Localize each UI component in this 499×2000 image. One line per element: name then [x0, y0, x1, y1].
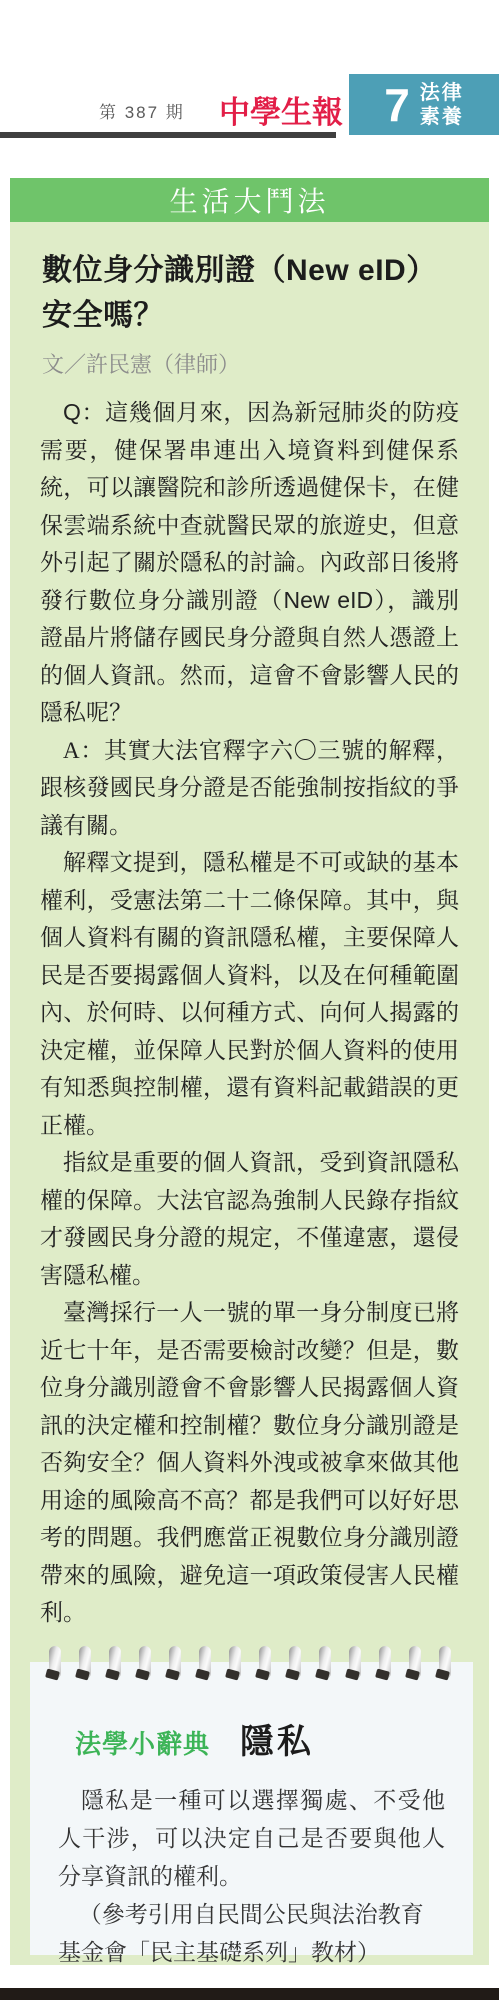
binder-ring-icon: [229, 1646, 241, 1679]
binder-ring-icon: [319, 1646, 331, 1679]
binder-ring-icon: [289, 1646, 301, 1679]
binder-ring-icon: [199, 1646, 211, 1679]
glossary-term: 隱私: [240, 1714, 314, 1763]
article-paragraph: 臺灣採行一人一號的單一身分制度已將近七十年，是否需要檢討改變？但是，數位身分識別…: [40, 1294, 459, 1632]
glossary-label: 法學小辭典: [75, 1724, 210, 1761]
section-page-badge: 7 法律 素養: [349, 74, 499, 135]
issue-number: 第 387 期: [99, 98, 185, 123]
section-name-line2: 素養: [420, 106, 464, 128]
binder-ring-icon: [139, 1646, 151, 1679]
binder-rings: [49, 1646, 451, 1679]
binder-ring-icon: [409, 1646, 421, 1679]
binder-ring-icon: [439, 1646, 451, 1679]
header-divider: [0, 132, 336, 138]
glossary-definition: 隱私是一種可以選擇獨處、不受他人干涉，可以決定自己是否要與他人分享資訊的權利。: [58, 1781, 445, 1895]
article: 數位身分識別證（New eID）安全嗎？ 文／許民憲（律師） Q：這幾個月來，因…: [10, 222, 489, 1632]
binder-ring-icon: [349, 1646, 361, 1679]
article-paragraph-question: Q：這幾個月來，因為新冠肺炎的防疫需要，健保署串連出入境資料到健保系統，可以讓醫…: [40, 394, 459, 732]
binder-ring-icon: [259, 1646, 271, 1679]
binder-ring-icon: [49, 1646, 61, 1679]
section-name-line1: 法律: [420, 82, 464, 104]
page-number: 7: [384, 82, 410, 128]
column-banner: 生活大鬥法: [10, 178, 489, 222]
article-byline: 文／許民憲（律師）: [42, 352, 459, 378]
page-bottom-bar: [0, 1988, 499, 2000]
article-paragraph: 解釋文提到，隱私權是不可或缺的基本權利，受憲法第二十二條保障。其中，與個人資料有…: [40, 844, 459, 1144]
glossary-attribution: （參考引用自民間公民與法治教育基金會「民主基礎系列」教材）: [58, 1895, 445, 1971]
binder-ring-icon: [109, 1646, 121, 1679]
glossary-card: 法學小辭典 隱私 隱私是一種可以選擇獨處、不受他人干涉，可以決定自己是否要與他人…: [30, 1662, 473, 1955]
binder-ring-icon: [79, 1646, 91, 1679]
article-title: 數位身分識別證（New eID）安全嗎？: [42, 248, 459, 338]
masthead-logo: 中學生報: [219, 87, 343, 132]
article-paragraph-answer: A：其實大法官釋字六〇三號的解釋，跟核發國民身分證是否能強制按指紋的爭議有關。: [40, 732, 459, 845]
section-name: 法律 素養: [420, 81, 464, 129]
binder-ring-icon: [379, 1646, 391, 1679]
binder-ring-icon: [169, 1646, 181, 1679]
article-paragraph: 指紋是重要的個人資訊，受到資訊隱私權的保障。大法官認為強制人民錄存指紋才發國民身…: [40, 1144, 459, 1294]
newspaper-page: 第 387 期 中學生報 7 法律 素養 生活大鬥法 數位身分識別證（New e…: [0, 0, 499, 2000]
